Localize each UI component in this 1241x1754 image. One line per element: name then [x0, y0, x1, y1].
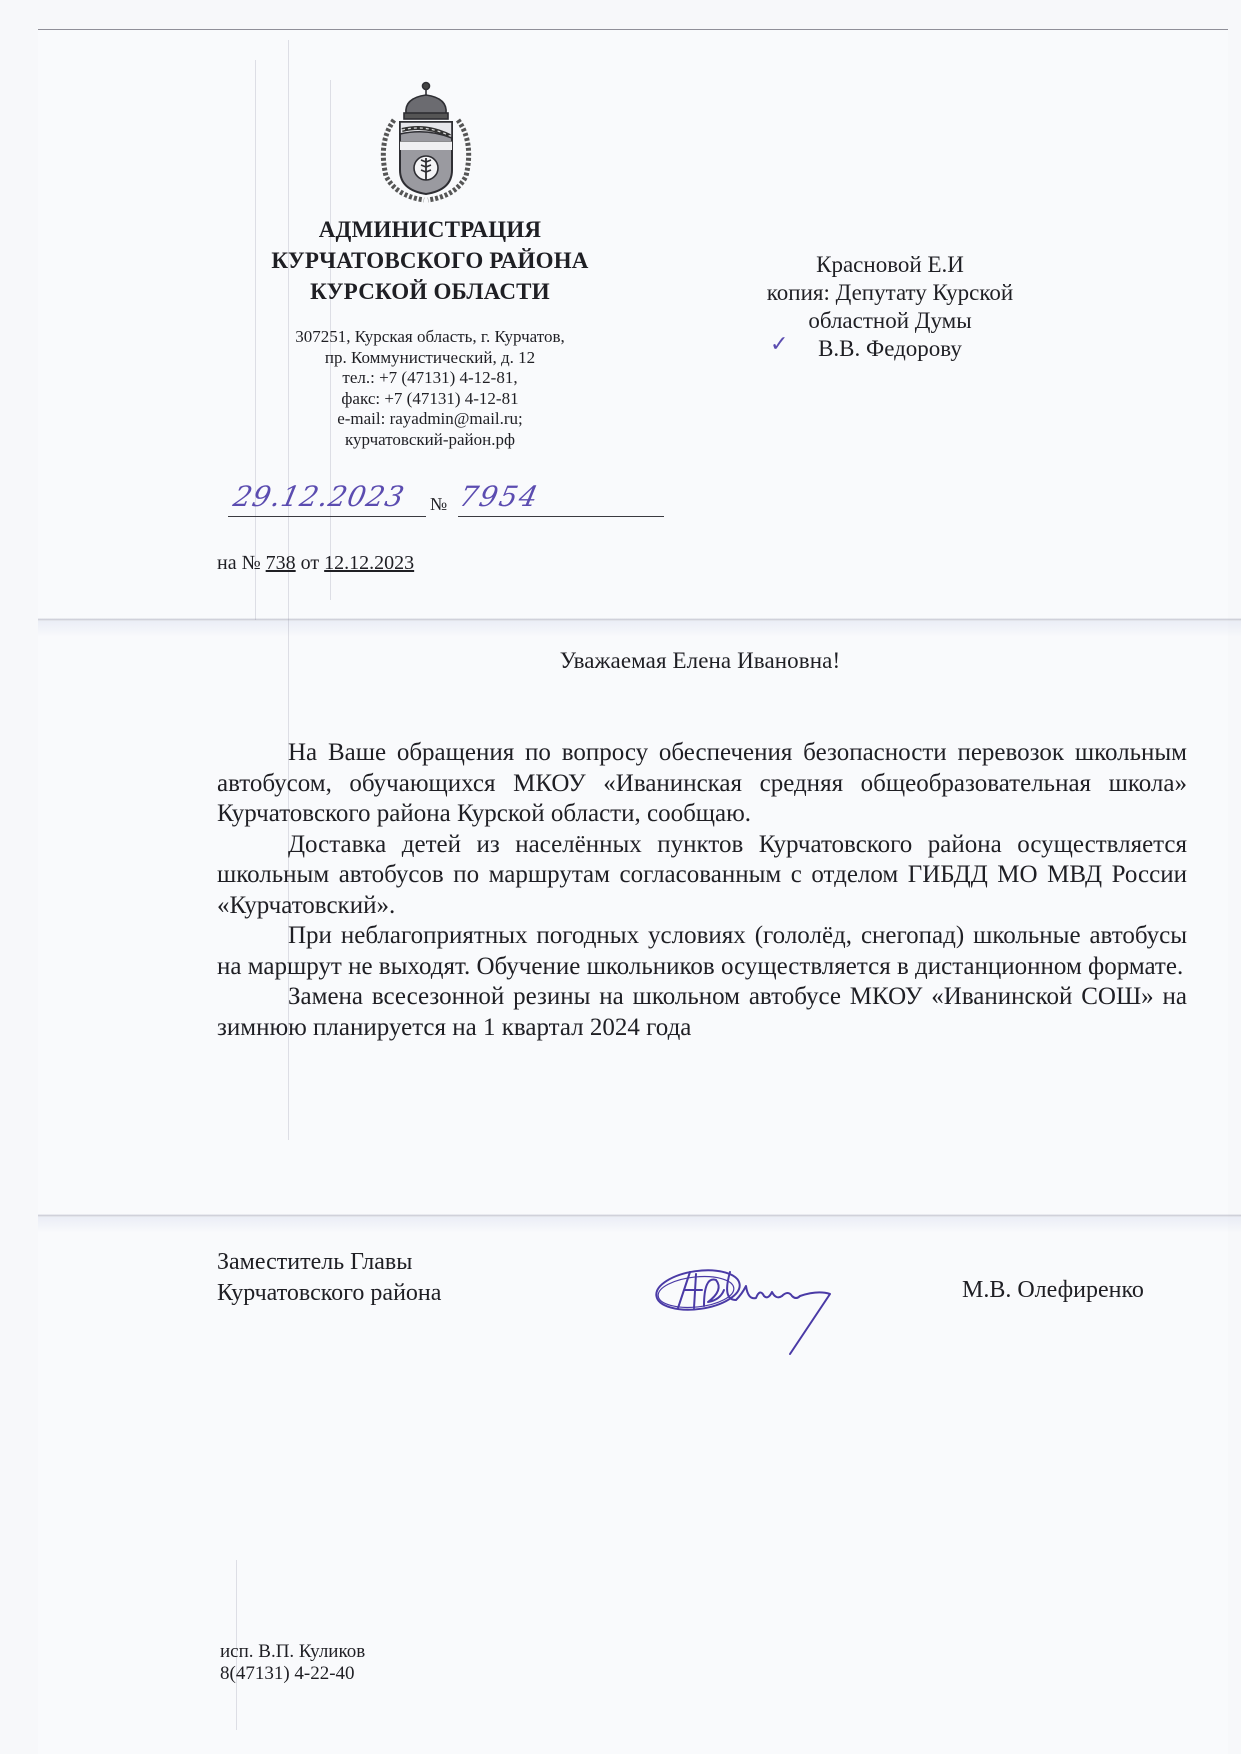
address-website: курчатовский-район.рф	[220, 430, 640, 451]
executor-info: исп. В.П. Куликов 8(47131) 4-22-40	[220, 1641, 365, 1685]
handwritten-signature-icon	[650, 1250, 860, 1360]
signer-position: Заместитель Главы Курчатовского района	[217, 1247, 441, 1309]
address-fax: факс: +7 (47131) 4-12-81	[220, 389, 640, 410]
addressee-line: копия: Депутату Курской	[700, 279, 1080, 307]
fold-shadow	[38, 1217, 1241, 1233]
addressee-line: областной Думы	[700, 307, 1080, 335]
address-phone: тел.: +7 (47131) 4-12-81,	[220, 368, 640, 389]
number-underline	[458, 516, 664, 517]
registration-date: 29.12.2023	[230, 480, 427, 513]
org-line: КУРСКОЙ ОБЛАСТИ	[220, 276, 640, 307]
address-line: пр. Коммунистический, д. 12	[220, 348, 640, 369]
reply-from: от	[301, 552, 319, 574]
addressee-line: Красновой Е.И	[700, 251, 1080, 279]
address-line: 307251, Курская область, г. Курчатов,	[220, 327, 640, 348]
letter-body: На Ваше обращения по вопросу обеспечения…	[217, 738, 1187, 1043]
date-underline	[228, 516, 426, 517]
address-email: e-mail: rayadmin@mail.ru;	[220, 409, 640, 430]
paragraph: На Ваше обращения по вопросу обеспечения…	[217, 738, 1187, 830]
position-line: Курчатовского района	[217, 1278, 441, 1309]
addressee-block: Красновой Е.И копия: Депутату Курской об…	[700, 251, 1080, 363]
signer-name: М.В. Олефиренко	[962, 1277, 1144, 1304]
number-sign: №	[430, 494, 447, 515]
executor-name: исп. В.П. Куликов	[220, 1641, 365, 1663]
organization-name: АДМИНИСТРАЦИЯ КУРЧАТОВСКОГО РАЙОНА КУРСК…	[220, 214, 640, 307]
paragraph: Доставка детей из населённых пунктов Кур…	[217, 830, 1187, 922]
coat-of-arms-icon	[372, 80, 480, 210]
check-mark-icon: ✓	[770, 332, 788, 357]
registration-line: 29.12.2023 № 7954	[228, 480, 636, 516]
salutation: Уважаемая Елена Ивановна!	[200, 648, 1200, 674]
reply-number: 738	[266, 552, 296, 574]
paragraph: Замена всесезонной резины на школьном ав…	[217, 982, 1187, 1043]
reply-reference: на № 738 от 12.12.2023	[217, 552, 414, 575]
org-line: КУРЧАТОВСКОГО РАЙОНА	[220, 245, 640, 276]
organization-address: 307251, Курская область, г. Курчатов, пр…	[220, 327, 640, 450]
fold-shadow	[38, 621, 1241, 637]
position-line: Заместитель Главы	[217, 1247, 441, 1278]
executor-phone: 8(47131) 4-22-40	[220, 1663, 365, 1685]
org-line: АДМИНИСТРАЦИЯ	[220, 214, 640, 245]
registration-number: 7954	[456, 480, 542, 513]
reply-date: 12.12.2023	[324, 552, 414, 574]
addressee-line: В.В. Федорову	[700, 335, 1080, 363]
reply-prefix: на №	[217, 552, 261, 574]
paragraph: При неблагоприятных погодных условиях (г…	[217, 921, 1187, 982]
